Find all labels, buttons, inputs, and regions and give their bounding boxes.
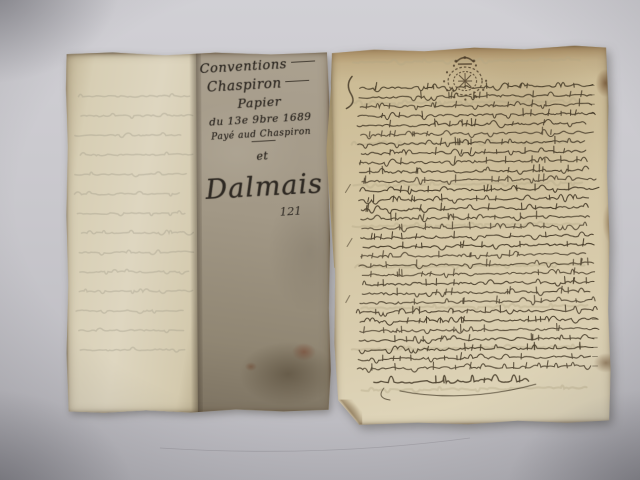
left-document-paper: Conventions Chaspiron Papier du 13e 9bre… [65, 51, 331, 414]
dalmais-title: Dalmais [201, 168, 327, 206]
blank-verso-panel [65, 52, 198, 415]
surface-scratch [150, 430, 480, 460]
right-document-paper [330, 45, 613, 426]
showthrough-writing [67, 70, 195, 401]
cover-line: Chaspiron [196, 74, 321, 95]
manuscript-writing [336, 47, 607, 422]
coat-of-arms-stamp-icon [434, 53, 497, 104]
photo-background: Conventions Chaspiron Papier du 13e 9bre… [0, 0, 640, 480]
right-document [330, 45, 613, 426]
dogear-fold [335, 399, 362, 424]
cover-inscription: Conventions Chaspiron Papier du 13e 9bre… [195, 56, 328, 223]
left-document: Conventions Chaspiron Papier du 13e 9bre… [65, 51, 331, 414]
